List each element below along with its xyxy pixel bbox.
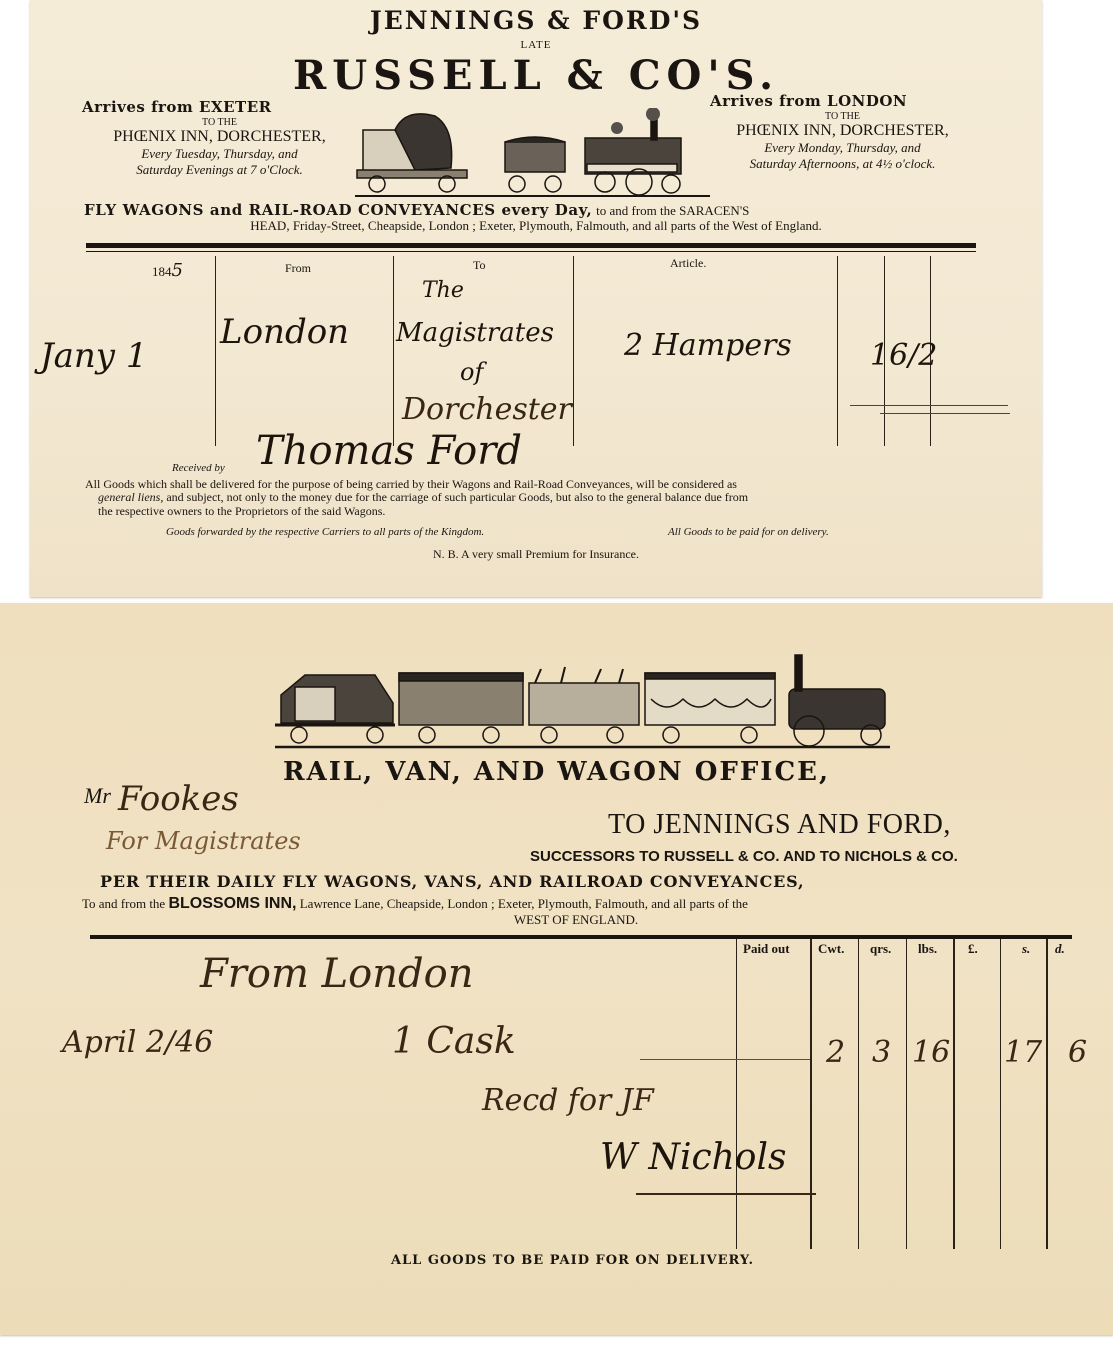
- column-line: [953, 939, 955, 1249]
- entry-date: April 2/46: [62, 1025, 213, 1060]
- divider-thick: [86, 243, 976, 248]
- header-shillings: s.: [1022, 941, 1030, 957]
- entry-to-line1: The: [422, 278, 464, 303]
- signature-nichols: W Nichols: [600, 1137, 786, 1178]
- entry-cwt: 2: [826, 1035, 845, 1070]
- column-line: [1046, 939, 1048, 1249]
- entry-article: 1 Cask: [392, 1021, 516, 1062]
- banner-saracens: to and from the SARACEN'S: [596, 203, 749, 218]
- customer-name: Fookes: [118, 779, 239, 819]
- header-paid-out: Paid out: [743, 941, 790, 957]
- header-lbs: lbs.: [918, 941, 937, 957]
- label-to-the: TO THE: [710, 111, 975, 122]
- year-digit: 5: [172, 260, 183, 281]
- entry-lbs: 16: [912, 1035, 950, 1070]
- column-line: [837, 256, 838, 446]
- column-line: [858, 939, 859, 1249]
- terms-line-2: general liens, and subject, not only to …: [98, 490, 748, 505]
- total-rule: [880, 413, 1010, 414]
- footer-paid-on-delivery: ALL GOODS TO BE PAID FOR ON DELIVERY.: [0, 1253, 1113, 1268]
- header-year: 1845: [152, 260, 183, 281]
- banner-line-2: HEAD, Friday-Street, Cheapside, London ;…: [30, 218, 1042, 234]
- waybill-rail-van-wagon-office-1846: RAIL, VAN, AND WAGON OFFICE, Mr Fookes F…: [0, 603, 1113, 1335]
- column-line: [810, 939, 812, 1249]
- total-rule: [850, 405, 1008, 406]
- train-engraving-icon: [275, 653, 895, 749]
- terms-line-3: the respective owners to the Proprietors…: [98, 504, 385, 519]
- header-from: From: [285, 261, 311, 276]
- entry-rule: [640, 1059, 810, 1060]
- header-pence: d.: [1055, 941, 1065, 957]
- column-line: [215, 256, 216, 446]
- entry-pence: 6: [1068, 1035, 1087, 1070]
- train-engraving-icon: [355, 108, 715, 198]
- to-jennings-and-ford: TO JENNINGS AND FORD,: [608, 809, 951, 841]
- note-paid-on-delivery: All Goods to be paid for on delivery.: [668, 526, 829, 538]
- entry-date: Jany 1: [40, 336, 147, 376]
- schedule-line-1: Every Monday, Thursday, and: [710, 140, 975, 156]
- entry-amount: 16/2: [870, 338, 937, 373]
- waybill-jennings-ford-1845: JENNINGS & FORD'S LATE RUSSELL & CO'S. A…: [30, 0, 1042, 597]
- column-line: [906, 939, 907, 1249]
- received-for: Recd for JF: [482, 1083, 654, 1118]
- label-received-by: Received by: [172, 462, 225, 474]
- column-line: [736, 939, 737, 1249]
- successors-line: SUCCESSORS TO RUSSELL & CO. AND TO NICHO…: [530, 848, 958, 865]
- schedule-line-2: Saturday Evenings at 7 o'Clock.: [82, 162, 357, 178]
- label-late: LATE: [30, 39, 1042, 51]
- heading-arrives-exeter: Arrives from EXETER: [82, 98, 357, 116]
- entry-article: 2 Hampers: [624, 328, 792, 363]
- label-mr: Mr: [84, 783, 111, 809]
- route-line-2: WEST OF ENGLAND.: [0, 912, 1113, 928]
- terms-general-liens: general liens,: [98, 490, 163, 504]
- entry-from: London: [220, 312, 349, 352]
- entry-to-line2: Magistrates: [396, 318, 554, 348]
- column-line: [573, 256, 574, 446]
- signature-underline: [636, 1193, 816, 1195]
- header-cwt: Cwt.: [818, 941, 844, 957]
- header-to: To: [473, 258, 486, 273]
- entry-to-line3: of: [460, 358, 483, 386]
- schedule-line-2: Saturday Afternoons, at 4½ o'clock.: [710, 156, 975, 172]
- note-insurance: N. B. A very small Premium for Insurance…: [30, 547, 1042, 562]
- per-their-line: PER THEIR DAILY FLY WAGONS, VANS, AND RA…: [100, 872, 804, 891]
- header-qrs: qrs.: [870, 941, 891, 957]
- banner-fly-wagons: FLY WAGONS and RAIL-ROAD CONVEYANCES eve…: [84, 201, 592, 219]
- header-pounds: £.: [968, 941, 978, 957]
- inn-name: PHŒNIX INN, DORCHESTER,: [710, 122, 975, 140]
- label-to-the: TO THE: [82, 117, 357, 128]
- customer-for: For Magistrates: [106, 827, 301, 855]
- entry-from-london: From London: [200, 951, 473, 997]
- inn-name: PHŒNIX INN, DORCHESTER,: [82, 128, 357, 146]
- schedule-line-1: Every Tuesday, Thursday, and: [82, 146, 357, 162]
- divider-thin: [86, 251, 976, 252]
- arrivals-london: Arrives from LONDON TO THE PHŒNIX INN, D…: [710, 92, 975, 172]
- heading-arrives-london: Arrives from LONDON: [710, 92, 975, 110]
- note-forwarded: Goods forwarded by the respective Carrie…: [166, 526, 484, 538]
- entry-to-line4: Dorchester: [402, 392, 572, 427]
- divider-thick: [90, 935, 1072, 939]
- entry-qrs: 3: [872, 1035, 891, 1070]
- title-jennings-ford: JENNINGS & FORD'S: [30, 6, 1042, 35]
- header-article: Article.: [670, 256, 706, 271]
- route-blossoms-inn: BLOSSOMS INN,: [168, 895, 296, 912]
- entry-shillings: 17: [1004, 1035, 1042, 1070]
- column-line: [393, 256, 394, 446]
- signature-thomas-ford: Thomas Ford: [256, 428, 522, 474]
- arrivals-exeter: Arrives from EXETER TO THE PHŒNIX INN, D…: [82, 98, 357, 178]
- column-line: [1000, 939, 1001, 1249]
- route-line-1: To and from the BLOSSOMS INN, Lawrence L…: [82, 895, 748, 913]
